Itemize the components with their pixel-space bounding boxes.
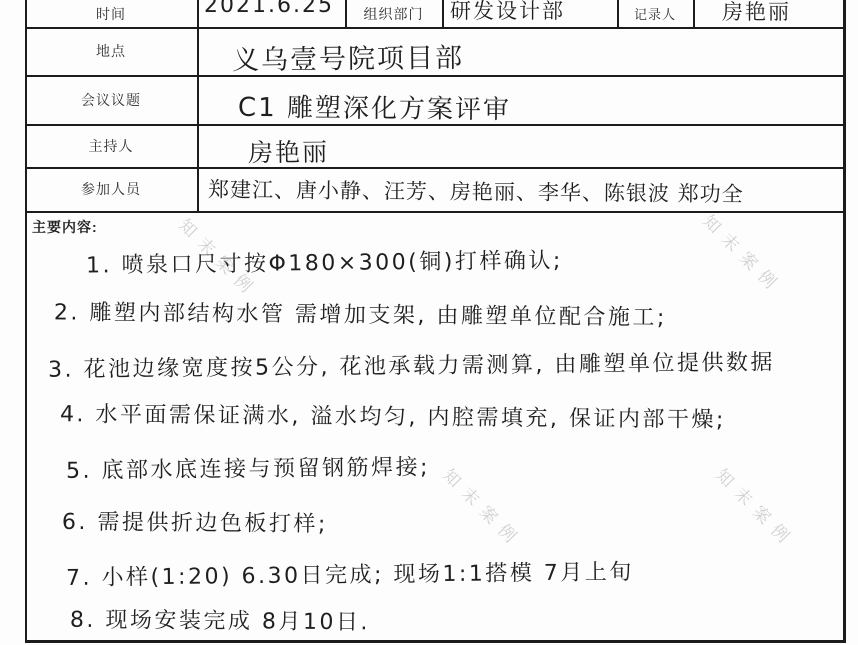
meeting-topic-label: 会议议题 <box>25 75 197 124</box>
content-item-2: 2. 雕塑内部结构水管 需增加支架, 由雕塑单位配合施工; <box>54 295 667 331</box>
watermark: 知末案例 <box>698 208 789 299</box>
content-item-1: 1. 喷泉口尺寸按Φ180×300(铜)打样确认; <box>86 244 563 280</box>
content-item-3: 3. 花池边缘宽度按5公分, 花池承载力需测算, 由雕塑单位提供数据 <box>48 345 775 384</box>
location-label: 地点 <box>25 27 197 75</box>
participants-value-handwriting: 郑建江、唐小静、汪芳、房艳丽、李华、陈银波 郑功全 <box>208 174 744 209</box>
recorder-value-handwriting: 房艳丽 <box>722 0 791 26</box>
recorder-label: 记录人 <box>617 0 693 27</box>
meeting-topic-value-handwriting: C1 雕塑深化方案评审 <box>238 87 511 126</box>
org-dept-value-handwriting: 研发设计部 <box>450 0 565 25</box>
label-column-divider <box>197 0 199 211</box>
location-value-handwriting: 义乌壹号院项目部 <box>232 36 464 77</box>
host-value-handwriting: 房艳丽 <box>248 133 329 170</box>
content-item-7: 7. 小样(1:20) 6.30日完成; 现场1:1搭模 7月上旬 <box>66 555 634 592</box>
row1-divider <box>693 0 695 27</box>
scanned-meeting-minutes: 知末案例 知末案例 知末案例 知末案例 时间 2021.6.25 组织部门 研发… <box>0 0 858 645</box>
watermark: 知末案例 <box>438 462 529 553</box>
table-border-bottom <box>25 640 846 643</box>
content-item-8: 8. 现场安装完成 8月10日. <box>70 603 370 637</box>
host-label: 主持人 <box>25 124 197 167</box>
content-item-5: 5. 底部水底连接与预留钢筋焊接; <box>66 450 430 485</box>
time-label: 时间 <box>25 0 197 27</box>
time-value-handwriting: 2021.6.25 <box>204 0 334 18</box>
row-divider <box>25 211 845 213</box>
org-dept-label: 组织部门 <box>345 0 442 27</box>
content-item-4: 4. 水平面需保证满水, 溢水均匀, 内腔需填充, 保证内部干燥; <box>60 397 726 434</box>
table-border-right <box>843 0 846 643</box>
participants-label: 参加人员 <box>25 167 197 211</box>
content-item-6: 6. 需提供折边色板打样; <box>62 505 328 538</box>
watermark: 知末案例 <box>711 462 802 553</box>
row1-divider <box>442 0 444 27</box>
main-content-label: 主要内容: <box>32 217 98 237</box>
